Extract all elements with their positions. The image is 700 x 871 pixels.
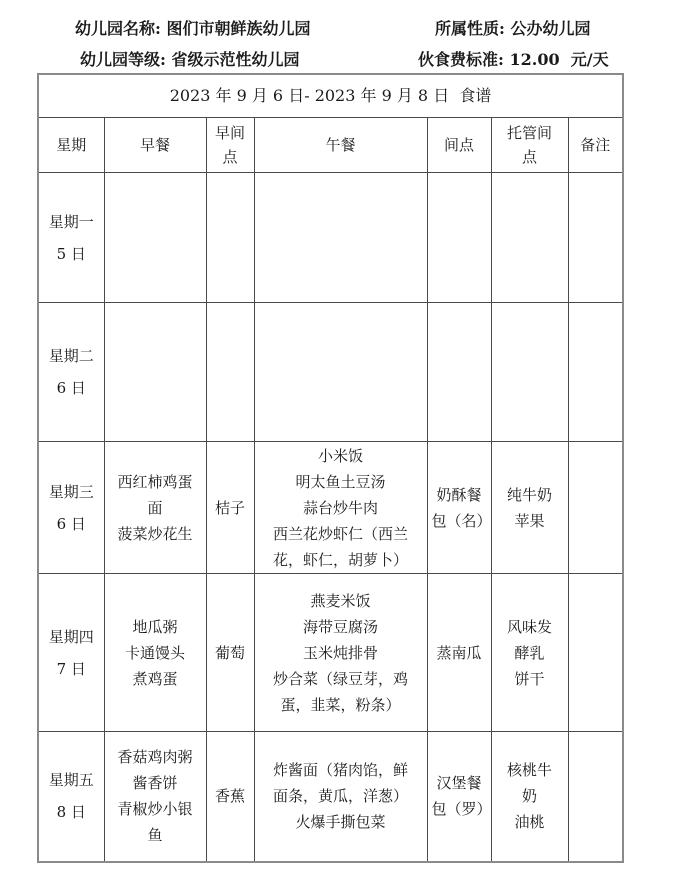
table-row-monday: 星期一 5 日 [38,173,623,303]
remark-cell [568,303,623,442]
kindergarten-name: 幼儿园名称: 图们市朝鲜族幼儿园 [75,16,310,39]
col-header-remark: 备注 [568,118,623,173]
breakfast-cell: 地瓜粥 卡通馒头 煮鸡蛋 [104,574,206,732]
table-row-tuesday: 星期二 6 日 [38,303,623,442]
title-row: 2023 年 9 月 6 日- 2023 年 9 月 8 日 食谱 [38,74,623,118]
breakfast-cell [104,303,206,442]
snack-cell: 奶酥餐包（名） [427,442,491,574]
day-cell: 星期三 6 日 [38,442,104,574]
lunch-cell: 炸酱面（猪肉馅，鲜面条，黄瓜，洋葱） 火爆手撕包菜 [254,732,427,862]
col-header-care-snack: 托管间 点 [491,118,568,173]
morning-snack-cell: 香蕉 [206,732,254,862]
care-snack-cell [491,303,568,442]
breakfast-cell [104,173,206,303]
care-snack-cell: 核桃牛奶 油桃 [491,732,568,862]
col-header-lunch: 午餐 [254,118,427,173]
day-cell: 星期一 5 日 [38,173,104,303]
col-header-weekday: 星期 [38,118,104,173]
lunch-cell: 燕麦米饭 海带豆腐汤 玉米炖排骨 炒合菜（绿豆芽，鸡蛋，韭菜，粉条） [254,574,427,732]
col-header-snack: 间点 [427,118,491,173]
lunch-cell [254,303,427,442]
remark-cell [568,442,623,574]
care-snack-cell: 风味发酵乳 饼干 [491,574,568,732]
snack-cell [427,303,491,442]
meal-fee-standard: 伙食费标准: 12.00 元/天 [418,47,609,70]
breakfast-cell: 西红柿鸡蛋面 菠菜炒花生 [104,442,206,574]
morning-snack-cell: 桔子 [206,442,254,574]
snack-cell [427,173,491,303]
kindergarten-level: 幼儿园等级: 省级示范性幼儿园 [80,47,299,70]
snack-cell: 汉堡餐包（罗） [427,732,491,862]
menu-date-title: 2023 年 9 月 6 日- 2023 年 9 月 8 日 食谱 [38,74,623,118]
day-cell: 星期四 7 日 [38,574,104,732]
ownership-nature: 所属性质: 公办幼儿园 [435,16,590,39]
day-cell: 星期五 8 日 [38,732,104,862]
morning-snack-cell [206,303,254,442]
morning-snack-cell [206,173,254,303]
menu-table: 2023 年 9 月 6 日- 2023 年 9 月 8 日 食谱 星期 早餐 … [37,73,624,863]
snack-cell: 蒸南瓜 [427,574,491,732]
col-header-morning-snack: 早间 点 [206,118,254,173]
table-row-friday: 星期五 8 日 香菇鸡肉粥 酱香饼 青椒炒小银鱼 香蕉 炸酱面（猪肉馅，鲜面条，… [38,732,623,862]
lunch-cell [254,173,427,303]
morning-snack-cell: 葡萄 [206,574,254,732]
breakfast-cell: 香菇鸡肉粥 酱香饼 青椒炒小银鱼 [104,732,206,862]
table-row-wednesday: 星期三 6 日 西红柿鸡蛋面 菠菜炒花生 桔子 小米饭 明太鱼土豆汤 蒜台炒牛肉… [38,442,623,574]
lunch-cell: 小米饭 明太鱼土豆汤 蒜台炒牛肉 西兰花炒虾仁（西兰花，虾仁，胡萝卜） [254,442,427,574]
table-row-thursday: 星期四 7 日 地瓜粥 卡通馒头 煮鸡蛋 葡萄 燕麦米饭 海带豆腐汤 玉米炖排骨… [38,574,623,732]
col-header-breakfast: 早餐 [104,118,206,173]
header-row: 星期 早餐 早间 点 午餐 间点 托管间 点 备注 [38,118,623,173]
care-snack-cell: 纯牛奶 苹果 [491,442,568,574]
care-snack-cell [491,173,568,303]
day-cell: 星期二 6 日 [38,303,104,442]
remark-cell [568,732,623,862]
remark-cell [568,173,623,303]
remark-cell [568,574,623,732]
